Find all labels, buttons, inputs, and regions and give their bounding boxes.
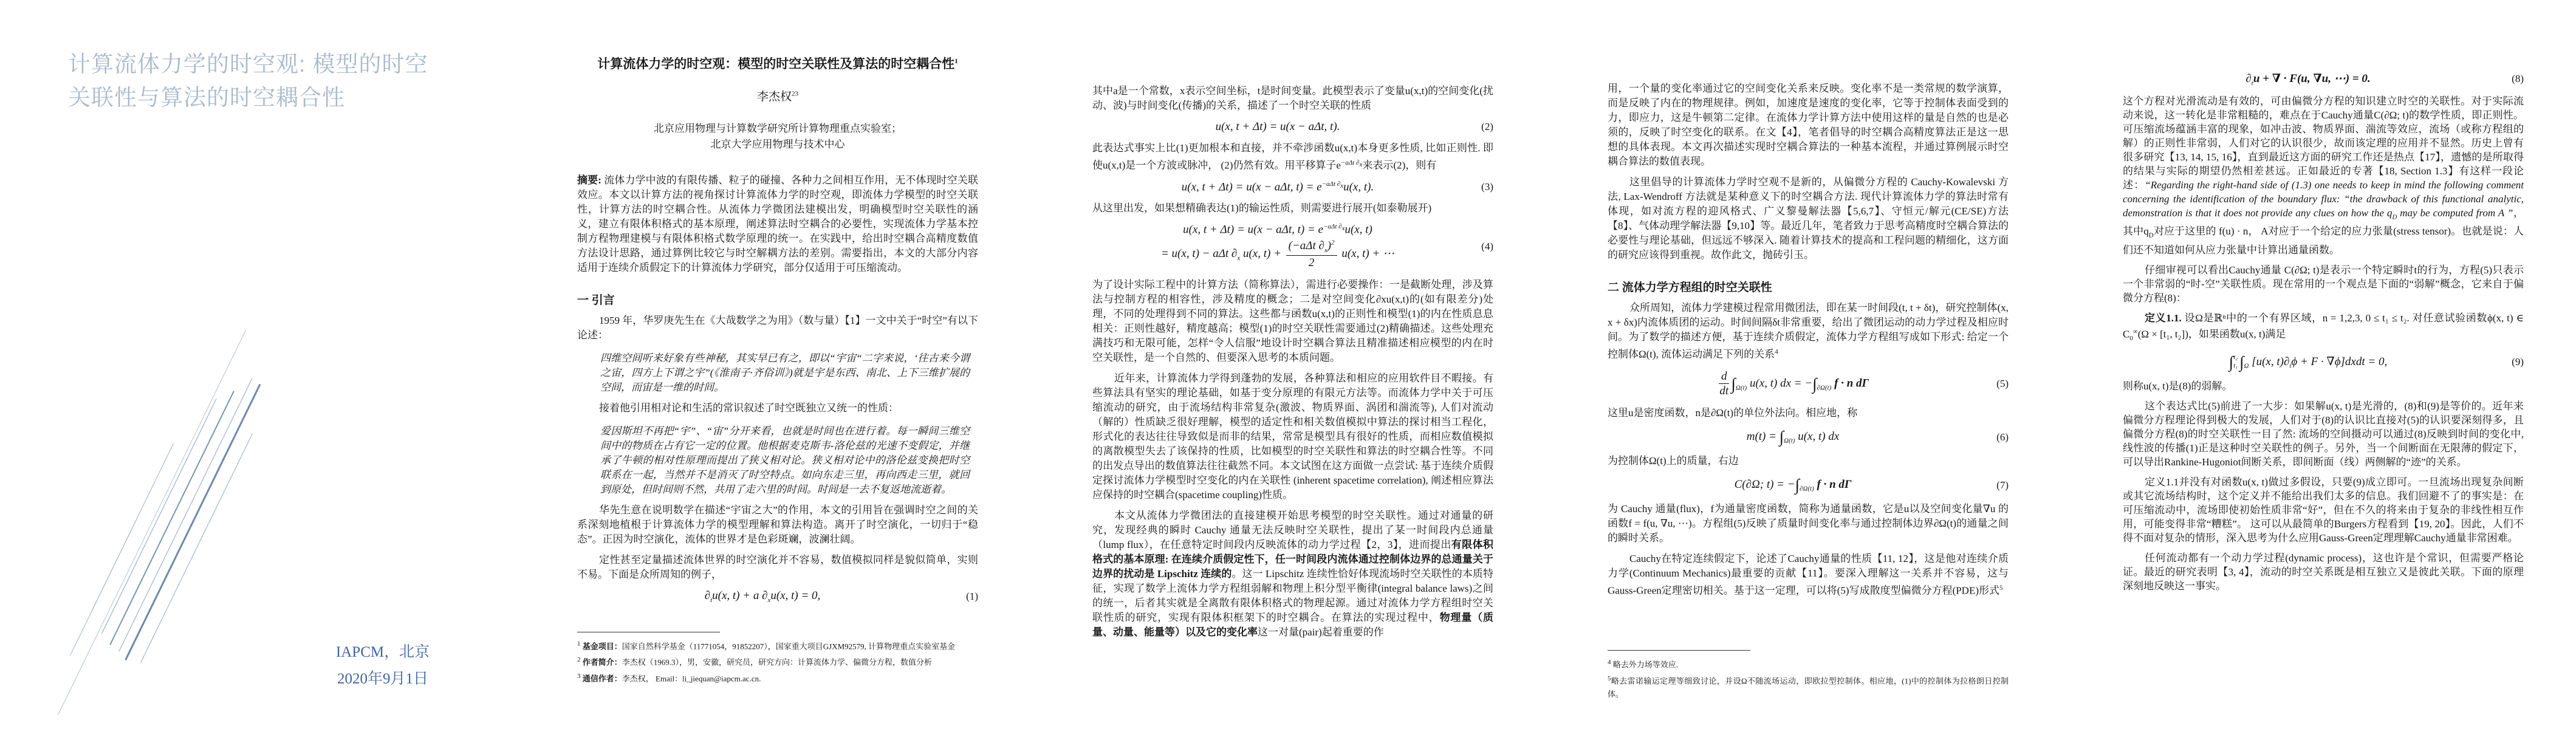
equation-5: ddt∫Ω(t) u(x, t) dx = −∫∂Ω(t) f · n dΓ (…: [1608, 369, 2009, 399]
eq-part: −aΔt ∂: [1323, 223, 1342, 230]
paper-page-4: ∂tu + ∇ · F(u, ∇u, ⋯) = 0. (8) 这个方程对光滑流动…: [2061, 0, 2576, 729]
integral-sign: ∫: [1731, 374, 1735, 392]
decorative-diagonal-line: [109, 391, 235, 645]
eq4-line1: u(x, t + Δt) = u(x − aΔt, t) = e−aΔt ∂xu…: [1092, 223, 1463, 236]
eq-part: (−aΔt ∂: [1289, 239, 1324, 252]
equation-3: u(x, t + Δt) = u(x − aΔt, t) = e−aΔt ∂xu…: [1092, 180, 1493, 194]
equation-2: u(x, t + Δt) = u(x − aΔt, t). (2): [1092, 120, 1493, 134]
paragraph: 从这里出发，如果想精确表达(1)的输运性质，则需要进行展开(如泰勒展开): [1092, 201, 1493, 216]
text-run-italic: “Regarding the right-hand side of (1.3) …: [2123, 179, 2524, 219]
paragraph: 定性甚至定量描述流体世界的时空演化并不容易，数值模拟同样是貌似简单，实则不易。下…: [577, 553, 978, 582]
paragraph: 为控制体Ω(t)上的质量，右边: [1608, 454, 2009, 468]
eq-sup: 2: [1331, 239, 1335, 247]
document-canvas: 计算流体力学的时空观: 模型的时空 关联性与算法的时空耦合性 IAPCM，北京 …: [0, 0, 2576, 729]
paragraph: 此表达式事实上比(1)更加根本和直接，并不牵涉函数u(x,t)本身更多性质, 比…: [1092, 141, 1493, 173]
equation-9-body: ∫t₂t₁∫Ω [u(x, t)∂tϕ + F · ∇ϕ]dxdt = 0,: [2123, 353, 2493, 372]
footnotes: 4 略去外力场等效应. 5略去雷诺输运定理等细致讨论，并设Ω不随流场运动，即欧拉…: [1608, 650, 2009, 701]
eq4-line2: = u(x, t) − aΔt ∂x u(x, t) + (−aΔt ∂x)22…: [1092, 239, 1463, 270]
equation-1-body: ∂tu(x, t) + a ∂xu(x, t) = 0,: [577, 589, 948, 604]
footnotes: 1 基金项目：国家自然科学基金（11771054，91852207），国家重大项…: [577, 632, 978, 685]
eq-part: u + ∇ · F(u, ∇u, ⋯) = 0.: [2253, 72, 2371, 85]
affiliation-line1: 北京应用物理与计算数学研究所计算物理重点实验室；: [654, 123, 902, 134]
fraction-top: (−aΔt ∂x)2: [1286, 239, 1337, 256]
footnote-mark: 1: [577, 640, 581, 648]
equation-number: (3): [1463, 181, 1493, 193]
fraction-top: d: [1719, 369, 1730, 385]
equation-number: (2): [1463, 121, 1493, 133]
footnote-3: 3 通信作者：李杰权， Email：li_jiequan@iapcm.ac.cn…: [577, 669, 978, 685]
eq-sub: 0: [2129, 335, 2133, 342]
equation-number: (9): [2493, 356, 2524, 368]
paragraph: 近年来，计算流体力学得到蓬勃的发展，各种算法和相应的应用软件目不暇接。有些算法具…: [1092, 371, 1493, 502]
page-3-content: 用，一个量的变化率通过它的空间变化关系来反映。变化率不是一类常规的数学演算，而是…: [1546, 0, 2061, 598]
paragraph: 这里倡导的计算流体力学时空观不是新的，从偏微分方程的 Cauchy-Kowale…: [1608, 175, 2009, 262]
exponent: −aΔt ∂x: [1341, 159, 1363, 166]
slide-venue: IAPCM，北京: [261, 639, 504, 666]
footnote-mark: 3: [577, 673, 581, 680]
footnote-mark: 4: [1608, 659, 1611, 666]
footnote-rule: [577, 632, 720, 632]
eq-part: f · n dΓ: [1834, 377, 1869, 389]
integral-sign: ∫: [1795, 476, 1800, 494]
integral-limits: t₂t₁: [2233, 354, 2238, 371]
text-run: 对应于这里的 f(u) · n， A对应于一个给定的应力张量(stress te…: [2123, 225, 2524, 255]
definition-label: 定义1.1.: [2145, 312, 2182, 324]
footnote-text: 略去外力场等效应.: [1613, 660, 1678, 669]
paper-title-text: 计算流体力学的时空观：模型的时空关联性及算法的时空耦合性: [597, 56, 954, 71]
footnote-text: 李杰权， Email：li_jiequan@iapcm.ac.cn.: [622, 674, 761, 683]
eq-sup: ∞: [2133, 328, 2138, 335]
eq-part: C(∂Ω; t) = −: [1735, 478, 1795, 491]
abstract-text: 流体力学中波的有限传播、粒子的碰撞、各种力之间相互作用，无不体现时空关联效应。本…: [577, 174, 978, 273]
paragraph: 则称u(x, t)是(8)的弱解。: [2123, 379, 2524, 393]
paragraph: 这里u是密度函数，n是∂Ω(t)的单位外法向。相应地，称: [1608, 406, 2009, 420]
exponent: −aΔt ∂x: [1323, 223, 1345, 230]
equation-9: ∫t₂t₁∫Ω [u(x, t)∂tϕ + F · ∇ϕ]dxdt = 0, (…: [2123, 353, 2524, 372]
paragraph: 接着他引用相对论和生活的常识叙述了时空既独立又统一的性质：: [577, 401, 978, 416]
decorative-diagonal-line: [58, 330, 246, 715]
integral-sign: ∫: [1812, 374, 1817, 392]
eq-part: −aΔt ∂: [1341, 159, 1360, 166]
integral-sub: Ω(t): [1736, 384, 1747, 391]
text-run: may be computed from A ”: [2397, 207, 2513, 219]
equation-4: u(x, t + Δt) = u(x − aΔt, t) = e−aΔt ∂xu…: [1092, 223, 1493, 270]
footnote-label: 作者简介：: [583, 658, 622, 667]
equation-number: (5): [1978, 378, 2009, 390]
footnote-2: 2 作者简介：李杰权（1969.3），男，安徽，研究员，研究方向：计算流体力学、…: [577, 653, 978, 669]
fraction-bottom: 2: [1286, 256, 1337, 270]
equation-number: (4): [1463, 241, 1493, 253]
equation-1: ∂tu(x, t) + a ∂xu(x, t) = 0, (1): [577, 589, 978, 604]
fraction: (−aΔt ∂x)22: [1286, 239, 1337, 270]
paragraph: 这个表达式比(5)前进了一大步：如果解u(x, t)是光滑的，(8)和(9)是等…: [2123, 399, 2524, 469]
paper-title: 计算流体力学的时空观：模型的时空关联性及算法的时空耦合性1: [577, 52, 978, 73]
paragraph: 仔细审视可以看出Cauchy通量 C(∂Ω; t)是表示一个特定瞬时t的行为，方…: [2123, 263, 2524, 305]
paper-page-2: 其中a是一个常数，x表示空间坐标，t是时间变量。此模型表示了变量u(x,t)的空…: [1030, 0, 1546, 729]
abstract: 摘要: 流体力学中波的有限传播、粒子的碰撞、各种力之间相互作用，无不体现时空关联…: [577, 173, 978, 275]
equation-number: (8): [2493, 73, 2524, 85]
eq-part: m(t) =: [1747, 430, 1780, 443]
page-2-content: 其中a是一个常数，x表示空间坐标，t是时间变量。此模型表示了变量u(x,t)的空…: [1030, 0, 1546, 640]
paragraph: 本文从流体力学微团法的直接建模开始思考模型的时空关联性。通过对通量的研究，发现经…: [1092, 508, 1493, 640]
paragraph: 1959 年，华罗庚先生在《大哉数学之为用》（数与量）【1】一文中关于“时空”有…: [577, 313, 978, 343]
author-name: 李杰权: [757, 91, 792, 103]
exponent: −aΔt ∂x: [1322, 180, 1344, 188]
integral-sub: ∂Ω(t): [1817, 384, 1832, 391]
footnote-4: 4 略去外力场等效应.: [1608, 655, 2009, 671]
slide-title-line1: 计算流体力学的时空观: 模型的时空: [68, 47, 469, 81]
integral-sub: Ω(t): [1784, 437, 1795, 445]
integral-sign: ∫: [1780, 428, 1784, 446]
equation-number: (6): [1978, 431, 2009, 443]
integral-sub: t₁: [2233, 362, 2238, 371]
footnote-1: 1 基金项目：国家自然科学基金（11771054，91852207），国家重大项…: [577, 637, 978, 653]
section-heading-1: 一 引言: [577, 291, 978, 307]
author-footnote-mark: 23: [792, 91, 798, 98]
equation-6: m(t) = ∫Ω(t) u(x, t) dx (6): [1608, 428, 2009, 447]
eq-part: u(x, t).: [1343, 180, 1374, 193]
footnote-rule: [1608, 650, 1750, 651]
paper-page-3: 用，一个量的变化率通过它的空间变化关系来反映。变化率不是一类常规的数学演算，而是…: [1546, 0, 2061, 729]
text-run: 这个方程对光滑流动是有效的，可由偏微分方程的知识建立时空的关联性。对于实际流动来…: [2123, 95, 2524, 191]
equation-number: (1): [948, 590, 978, 603]
integral-sup: t₂: [2233, 354, 2238, 362]
title-footnote-mark: 1: [954, 58, 958, 65]
text-run: 本文从流体力学微团法的直接建模开始思考模型的时空关联性。通过对通量的研究，发现经…: [1092, 510, 1493, 550]
equation-7: C(∂Ω; t) = −∫∂Ω(t) f · n dΓ (7): [1608, 476, 2009, 495]
equation-8: ∂tu + ∇ · F(u, ∇u, ⋯) = 0. (8): [2123, 72, 2524, 87]
eq-part: ∂: [2245, 72, 2251, 85]
decorative-diagonal-line: [101, 399, 216, 634]
eq-sub: D: [2149, 232, 2154, 239]
slide-title-line2: 关联性与算法的时空耦合性: [68, 81, 469, 114]
decorative-diagonal-line: [125, 384, 261, 660]
quotation: 四维空间听来好象有些神秘，其实早已有之，即以“宇宙“二字来说，‘往古来今谓之宙，…: [600, 351, 970, 395]
slide-title: 计算流体力学的时空观: 模型的时空 关联性与算法的时空耦合性: [68, 47, 469, 114]
equation-8-body: ∂tu + ∇ · F(u, ∇u, ⋯) = 0.: [2123, 72, 2493, 87]
integral-sign: ∫: [2229, 353, 2233, 371]
footnote-label: 基金项目：: [583, 642, 622, 651]
eq-part: u(x, t) dx = −: [1750, 377, 1812, 389]
footnote-mark: 4: [1775, 348, 1778, 355]
paragraph: 用，一个量的变化率通过它的空间变化关系来反映。变化率不是一类常规的数学演算，而是…: [1608, 81, 2009, 169]
eq-part: u(x, t) +: [1240, 247, 1284, 260]
integral-sub: ∂Ω(t): [1800, 485, 1814, 493]
fraction: ddt: [1719, 369, 1730, 399]
equation-2-body: u(x, t + Δt) = u(x − aΔt, t).: [1092, 120, 1463, 134]
eq-part: = u(x, t) − aΔt ∂: [1161, 247, 1237, 260]
paragraph: 任何流动都有一个动力学过程(dynamic process)，这也许是个常识，但…: [2123, 551, 2524, 593]
fraction-bottom: dt: [1719, 384, 1730, 399]
eq-part: [u(x, t)∂: [2252, 355, 2289, 368]
quotation: 爱因斯坦不再把“宇”、“宙”分开来看，也就是时间也在进行着。每一瞬间三维空间中的…: [600, 424, 970, 497]
section-heading-2: 二 流体力学方程组的时空关联性: [1608, 278, 2009, 295]
eq-part: ϕ + F · ∇ϕ]dxdt = 0,: [2291, 355, 2387, 368]
text-run: 这一对量(pair)起着重要的作: [1258, 626, 1384, 638]
footnote-mark: 2: [577, 656, 581, 663]
footnote-5: 5略去雷诺输运定理等细致讨论，并设Ω不随流场运动，即欧拉型控制体。相应地，(1)…: [1608, 672, 2009, 701]
equation-3-body: u(x, t + Δt) = u(x − aΔt, t) = e−aΔt ∂xu…: [1092, 180, 1463, 194]
footnote-text: 略去雷诺输运定理等细致讨论，并设Ω不随流场运动，即欧拉型控制体。相应地，(1)中…: [1608, 676, 2009, 699]
paragraph: 为 Cauchy 通量(flux)，f为通量密度函数，简称为通量函数，它是u以及…: [1608, 502, 2009, 546]
affiliation-line2: 北京大学应用物理与技术中心: [711, 139, 845, 150]
slide-venue-block: IAPCM，北京 2020年9月1日: [261, 639, 504, 693]
paragraph: 为了设计实际工程中的计算方法（简称算法），需进行必要操作：一是截断处理，涉及算法…: [1092, 278, 1493, 365]
text-run: Cauchy在特定连续假定下，论述了Cauchy通量的性质【11, 12】，这是…: [1608, 553, 2009, 597]
equation-5-body: ddt∫Ω(t) u(x, t) dx = −∫∂Ω(t) f · n dΓ: [1608, 369, 1978, 399]
equation-6-body: m(t) = ∫Ω(t) u(x, t) dx: [1608, 428, 1978, 447]
affiliation: 北京应用物理与计算数学研究所计算物理重点实验室；北京大学应用物理与技术中心: [577, 121, 978, 152]
eq-part: ∂: [705, 589, 710, 602]
eq-part: u(x, t + Δt) = u(x − aΔt, t) = e: [1182, 180, 1322, 193]
eq-part: −aΔt ∂: [1322, 180, 1341, 188]
eq-part: u(x, t) = 0,: [770, 589, 820, 602]
page-1-content: 计算流体力学的时空观：模型的时空关联性及算法的时空耦合性1 李杰权23 北京应用…: [515, 0, 1030, 604]
paragraph: 定义1.1并没有对函数u(x, t)做过多假设，只要(9)成立即可。一旦流场出现…: [2123, 475, 2524, 545]
paragraph: 这个方程对光滑流动是有效的，可由偏微分方程的知识建立时空的关联性。对于实际流动来…: [2123, 94, 2524, 257]
slide-date: 2020年9月1日: [261, 666, 504, 693]
paragraph: 华先生意在说明数学在描述“宇宙之大”的作用，本文的引用旨在强调时空之间的关系深刻…: [577, 503, 978, 547]
eq-part: u(x, t) dx: [1798, 430, 1839, 443]
eq-part: u(x, t + Δt) = u(x − aΔt, t) = e: [1183, 223, 1323, 236]
page-4-content: ∂tu + ∇ · F(u, ∇u, ⋯) = 0. (8) 这个方程对光滑流动…: [2061, 0, 2576, 593]
footnote-text: 李杰权（1969.3），男，安徽，研究员，研究方向：计算流体力学、偏微分方程，数…: [622, 658, 932, 667]
paper-page-1: 计算流体力学的时空观：模型的时空关联性及算法的时空耦合性1 李杰权23 北京应用…: [515, 0, 1030, 729]
paragraph: 其中a是一个常数，x表示空间坐标，t是时间变量。此模型表示了变量u(x,t)的空…: [1092, 84, 1493, 113]
text-run: 来表示(2)，则有: [1362, 160, 1436, 171]
equation-4-body: u(x, t + Δt) = u(x − aΔt, t) = e−aΔt ∂xu…: [1092, 223, 1463, 270]
eq-part: u(x, t) + ⋯: [1339, 247, 1394, 260]
footnote-label: 通信作者：: [583, 674, 622, 683]
footnote-text: 国家自然科学基金（11771054，91852207），国家重大项目GJXM92…: [622, 642, 955, 651]
paragraph: 众所周知，流体力学建模过程常用微团法，即在某一时间段(t, t + δt)，研究…: [1608, 301, 2009, 362]
equation-number: (7): [1978, 479, 2009, 491]
eq-part: u(x, t) + a ∂: [712, 589, 767, 602]
abstract-label: 摘要:: [577, 174, 601, 186]
title-slide: 计算流体力学的时空观: 模型的时空 关联性与算法的时空耦合性 IAPCM，北京 …: [0, 0, 515, 729]
author: 李杰权23: [577, 87, 978, 104]
definition: 定义1.1. 设Ω是ℝⁿ中的一个有界区域，n = 1,2,3, 0 ≤ t₁ ≤…: [2123, 311, 2524, 346]
footnote-mark: 5: [1999, 584, 2003, 592]
eq-part: f · n dΓ: [1817, 478, 1852, 491]
paragraph: Cauchy在特定连续假定下，论述了Cauchy通量的性质【11, 12】，这是…: [1608, 552, 2009, 598]
text-run: 众所周知，流体力学建模过程常用微团法，即在某一时间段(t, t + δt)，研究…: [1608, 302, 2009, 360]
equation-7-body: C(∂Ω; t) = −∫∂Ω(t) f · n dΓ: [1608, 476, 1978, 495]
eq-part: u(x, t): [1345, 223, 1372, 236]
text-run: (Ω × [t₁, t₂])，如果函数u(x, t)满足: [2138, 328, 2286, 340]
integral-sub: Ω: [2244, 362, 2249, 369]
